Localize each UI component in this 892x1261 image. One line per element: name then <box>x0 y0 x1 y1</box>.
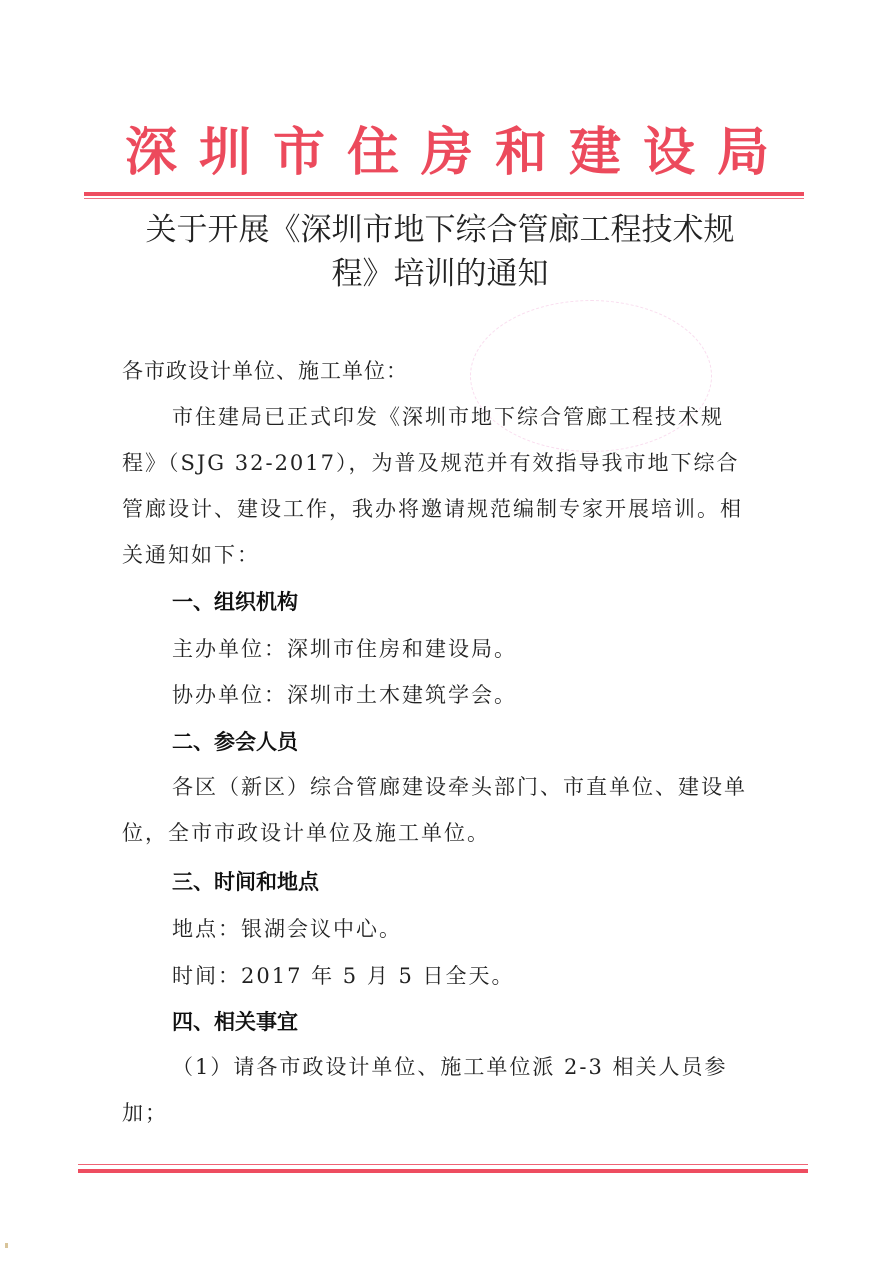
related-matters-paragraph: （1）请各市政设计单位、施工单位派 2-3 相关人员参加； <box>122 1044 754 1136</box>
letterhead-rule-thin <box>84 198 804 199</box>
section-heading-attendees: 二、参会人员 <box>172 728 298 756</box>
intro-paragraph: 市住建局已正式印发《深圳市地下综合管廊工程技术规程》（SJG 32-2017），… <box>122 394 754 578</box>
section-heading-time-place: 三、时间和地点 <box>172 868 319 896</box>
letterhead-org-name: 深圳市住房和建设局 <box>84 118 810 188</box>
document-title-line-1: 关于开展《深圳市地下综合管廊工程技术规 <box>100 208 780 252</box>
scan-speck <box>5 1243 8 1248</box>
co-host-unit-line: 协办单位：深圳市土木建筑学会。 <box>172 681 517 709</box>
section-heading-organization: 一、组织机构 <box>172 588 298 616</box>
time-line: 时间：2017 年 5 月 5 日全天。 <box>172 962 515 990</box>
document-title: 关于开展《深圳市地下综合管廊工程技术规 程》培训的通知 <box>100 208 780 296</box>
footer-rule-thin <box>78 1164 808 1165</box>
footer-rule-thick <box>78 1169 808 1173</box>
letterhead-rule-thick <box>84 192 804 196</box>
salutation: 各市政设计单位、施工单位： <box>122 357 762 385</box>
location-line: 地点：银湖会议中心。 <box>172 915 402 943</box>
attendees-paragraph: 各区（新区）综合管廊建设牵头部门、市直单位、建设单位，全市市政设计单位及施工单位… <box>122 764 754 856</box>
document-title-line-2: 程》培训的通知 <box>100 252 780 296</box>
host-unit-line: 主办单位：深圳市住房和建设局。 <box>172 635 517 663</box>
section-heading-related-matters: 四、相关事宜 <box>172 1008 298 1036</box>
